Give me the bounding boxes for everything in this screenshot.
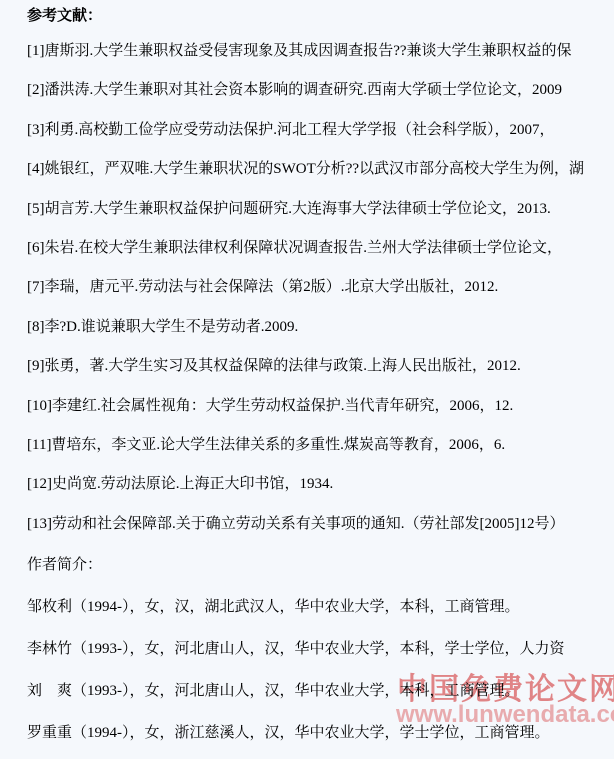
article-page: 参考文献： [1]唐斯羽.大学生兼职权益受侵害现象及其成因调查报告??兼谈大学生… [0, 0, 614, 759]
reference-item: [5]胡言芳.大学生兼职权益保护问题研究.大连海事大学法律硕士学位论文，2013… [27, 200, 614, 239]
reference-item: [10]李建红.社会属性视角：大学生劳动权益保护.当代青年研究，2006，12. [27, 397, 614, 436]
reference-item: [1]唐斯羽.大学生兼职权益受侵害现象及其成因调查报告??兼谈大学生兼职权益的保 [27, 42, 614, 81]
reference-item: [12]史尚宽.劳动法原论.上海正大印书馆，1934. [27, 475, 614, 514]
reference-item: [3]利勇.高校勤工俭学应受劳动法保护.河北工程大学学报（社会科学版），2007… [27, 121, 614, 160]
reference-item: [11]曹培东，李文亚.论大学生法律关系的多重性.煤炭高等教育，2006，6. [27, 436, 614, 475]
reference-item: [13]劳动和社会保障部.关于确立劳动关系有关事项的通知.（劳社部发[2005]… [27, 515, 614, 554]
reference-item: [7]李瑞，唐元平.劳动法与社会保障法（第2版）.北京大学出版社，2012. [27, 278, 614, 317]
reference-item: [8]李?D.谁说兼职大学生不是劳动者.2009. [27, 318, 614, 357]
author-bio-item: 邹枚利（1994-），女，汉，湖北武汉人，华中农业大学，本科，工商管理。 [27, 597, 614, 639]
reference-item: [6]朱岩.在校大学生兼职法律权利保障状况调查报告.兰州大学法律硕士学位论文， [27, 239, 614, 278]
watermark-site-url: www.lunwendata.com [396, 701, 614, 729]
references-list: [1]唐斯羽.大学生兼职权益受侵害现象及其成因调查报告??兼谈大学生兼职权益的保… [27, 42, 614, 554]
reference-item: [2]潘洪涛.大学生兼职对其社会资本影响的调查研究.西南大学硕士学位论文，200… [27, 81, 614, 120]
authors-heading: 作者简介： [27, 556, 102, 575]
references-heading: 参考文献： [27, 7, 102, 26]
reference-item: [4]姚银红，严双唯.大学生兼职状况的SWOT分析??以武汉市部分高校大学生为例… [27, 160, 614, 199]
reference-item: [9]张勇，著.大学生实习及其权益保障的法律与政策.上海人民出版社，2012. [27, 357, 614, 396]
